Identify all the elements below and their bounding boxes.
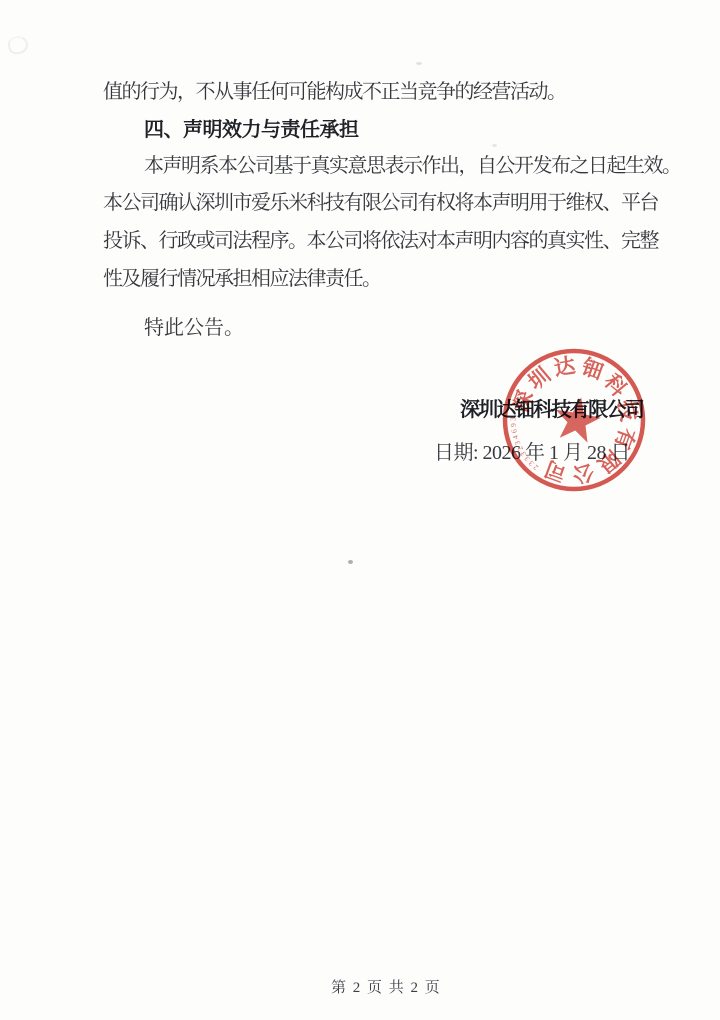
signature-company-name: 深圳达钿科技有限公司: [460, 393, 643, 422]
body-line: 本公司确认深圳市爱乐米科技有限公司有权将本声明用于维权、平台: [103, 193, 658, 213]
svg-text:圳: 圳: [524, 363, 556, 395]
body-line: 投诉、行政或司法程序。本公司将依法对本声明内容的真实性、完整: [103, 231, 658, 251]
pen-smudge-mark: [6, 34, 30, 57]
document-page: 值的行为，不从事任何可能构成不正当竞争的经营活动。 四、声明效力与责任承担 本声…: [0, 0, 720, 1020]
section-heading: 四、声明效力与责任承担: [144, 120, 359, 140]
page-number-footer: 第 2 页 共 2 页: [331, 976, 441, 997]
body-line: 本声明系本公司基于真实意思表示作出，自公开发布之日起生效。: [144, 156, 681, 176]
paragraph-continuation-line: 值的行为，不从事任何可能构成不正当竞争的经营活动。: [103, 82, 566, 102]
scan-speck: [416, 62, 422, 65]
scan-speck: [492, 144, 497, 147]
signature-date: 日期: 2026 年 1 月 28 日: [434, 436, 630, 465]
svg-text:6: 6: [509, 428, 519, 434]
body-line: 性及履行情况承担相应法律责任。: [103, 269, 381, 289]
svg-text:达: 达: [552, 353, 577, 380]
closing-statement: 特此公告。: [144, 318, 244, 338]
svg-text:9: 9: [509, 423, 518, 428]
svg-text:钿: 钿: [578, 354, 607, 384]
scan-speck: [348, 560, 353, 564]
